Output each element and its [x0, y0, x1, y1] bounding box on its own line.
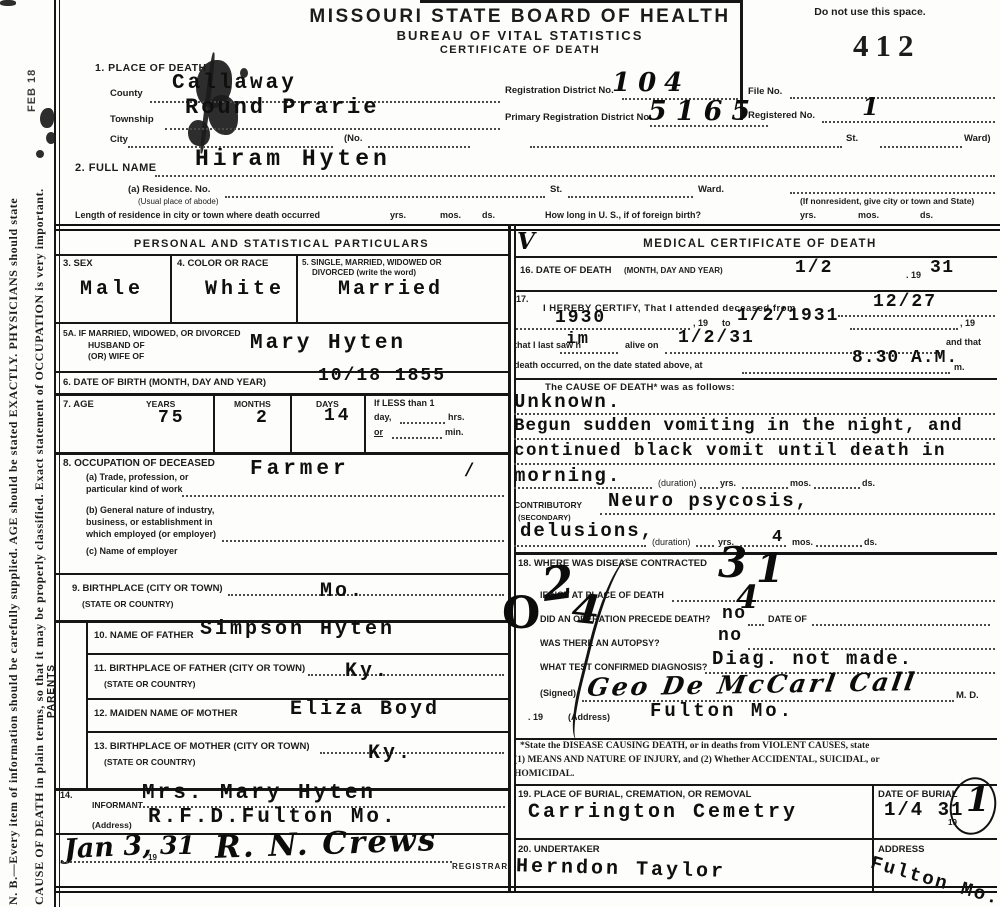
- duration-yrs-label: yrs.: [720, 478, 736, 488]
- city-no-label: (No.: [344, 133, 362, 144]
- row-border: [55, 254, 508, 256]
- column-divider2: [514, 224, 516, 891]
- ink-blot: [36, 150, 44, 158]
- and-that-label: and that: [946, 337, 981, 347]
- dotted-line: [790, 192, 995, 194]
- cell-border: [213, 393, 215, 452]
- footnote-line3: HOMICIDAL.: [514, 769, 574, 779]
- occupation-b2-label: business, or establishment in: [86, 517, 213, 527]
- color-race-value: White: [205, 278, 285, 301]
- duration-ds-label2: ds.: [864, 537, 877, 547]
- dotted-line: [225, 196, 545, 198]
- registrar-signature: R. N. Crews: [214, 822, 437, 866]
- dotted-line: [514, 438, 995, 440]
- contributory-label: CONTRIBUTORY: [514, 500, 582, 510]
- cell-border: [872, 784, 874, 838]
- dotted-line: [222, 540, 504, 542]
- township-label: Township: [110, 114, 154, 125]
- age-less-hrs-label: hrs.: [448, 412, 465, 422]
- md-label: M. D.: [956, 690, 979, 701]
- undertaker-value: Herndon Taylor: [516, 855, 727, 883]
- age-less-min-label: min.: [445, 427, 464, 437]
- ds-label: ds.: [482, 210, 495, 220]
- circled-number-value: 1: [966, 780, 990, 820]
- test-confirmed-value: Diag. not made.: [712, 648, 913, 670]
- bottom-rule: [55, 886, 997, 893]
- mother-label: 12. MAIDEN NAME OF MOTHER: [94, 708, 238, 719]
- father-birthplace-value: Ky.: [345, 660, 390, 683]
- spouse-label2: HUSBAND OF: [88, 340, 145, 350]
- handwritten-scrawl: O: [502, 588, 540, 639]
- pen-stroke: [566, 554, 647, 745]
- row-border: [514, 256, 997, 258]
- column-divider: [508, 224, 511, 891]
- dotted-line: [700, 487, 718, 489]
- cell-border: [296, 254, 298, 322]
- dotted-line: [514, 545, 646, 547]
- yrs-label: yrs.: [390, 210, 406, 220]
- how-long-us-label: How long in U. S., if of foreign birth?: [545, 210, 701, 220]
- father-birthplace-label: 11. BIRTHPLACE OF FATHER (CITY OR TOWN): [94, 663, 305, 674]
- dotted-line: [514, 487, 652, 489]
- full-name-value: Hiram Hyten: [195, 146, 391, 172]
- dob-value: 10/18 1855: [318, 366, 446, 386]
- dotted-line: [392, 437, 442, 439]
- dotted-line: [650, 125, 768, 127]
- occupation-b3-label: which employed (or employer): [86, 529, 216, 539]
- informant-address-label: (Address): [92, 820, 132, 830]
- mother-birthplace-label2: (STATE OR COUNTRY): [104, 757, 195, 767]
- occupation-label: 8. OCCUPATION OF DECEASED: [63, 458, 215, 469]
- autopsy-value: no: [718, 626, 743, 646]
- row-border: [55, 452, 508, 455]
- footnote-line1: *State the DISEASE CAUSING DEATH, or in …: [520, 741, 869, 751]
- date-of-operation-label: DATE OF: [768, 614, 807, 624]
- dotted-line: [228, 594, 504, 596]
- row-border: [55, 393, 508, 396]
- cell-border: [170, 254, 172, 322]
- dotted-line: [814, 487, 860, 489]
- duration-label: (duration): [658, 478, 697, 488]
- age-days-value: 14: [324, 406, 352, 426]
- primary-district-label: Primary Registration District No.: [505, 112, 652, 123]
- row-border: [514, 784, 997, 786]
- him-value: im: [566, 330, 589, 349]
- marital-label1: 5. SINGLE, MARRIED, WIDOWED OR: [302, 258, 442, 267]
- row-border: [86, 731, 508, 733]
- age-less-or-label: or: [374, 427, 383, 437]
- occupation-c-label: (c) Name of employer: [86, 546, 178, 556]
- birthplace-label: 9. BIRTHPLACE (CITY OR TOWN): [72, 583, 223, 594]
- father-birthplace-label2: (STATE OR COUNTRY): [104, 679, 195, 689]
- row-border: [514, 378, 997, 380]
- registration-district-label: Registration District No.: [505, 85, 614, 96]
- date-of-death-year: 31: [930, 258, 955, 278]
- dotted-line: [838, 315, 995, 317]
- color-race-label: 4. COLOR OR RACE: [177, 258, 268, 269]
- mother-value: Eliza Boyd: [290, 698, 440, 721]
- yrs-label2: yrs.: [800, 210, 816, 220]
- residence-st-label: St.: [550, 184, 562, 195]
- dotted-line: [822, 121, 995, 123]
- registration-district-value: 104: [612, 68, 690, 98]
- dotted-line: [696, 545, 714, 547]
- signed-19-label: . 19: [528, 712, 543, 722]
- cell-border: [290, 393, 292, 452]
- cell-border: [364, 393, 366, 452]
- informant-value: Mrs. Mary Hyten: [142, 782, 376, 805]
- spouse-label1: 5A. IF MARRIED, WIDOWED, OR DIVORCED: [63, 328, 241, 338]
- corner-box-note: Do not use this space.: [750, 6, 990, 18]
- dotted-line: [568, 196, 693, 198]
- dotted-line: [516, 328, 690, 330]
- ink-blot: [0, 0, 16, 6]
- alive-on-value: 1/2/31: [678, 328, 755, 348]
- occupation-a2-label: particular kind of work: [86, 484, 183, 494]
- contributory-value1: Neuro psycosis,: [608, 490, 809, 512]
- undertaker-address-label: ADDRESS: [878, 844, 924, 855]
- city-st-label: St.: [846, 133, 858, 144]
- date-of-death-label2: (MONTH, DAY AND YEAR): [624, 266, 723, 275]
- residence-ward-label: Ward.: [698, 184, 724, 195]
- dotted-line: [560, 352, 618, 354]
- mother-birthplace-label: 13. BIRTHPLACE OF MOTHER (CITY OR TOWN): [94, 741, 310, 752]
- dotted-line: [742, 372, 950, 374]
- margin-note-line2: CAUSE OF DEATH in plain terms, so that i…: [32, 188, 47, 905]
- occupation-a1-label: (a) Trade, profession, or: [86, 472, 189, 482]
- parents-cell-border: [86, 620, 88, 788]
- m-label: m.: [954, 362, 965, 372]
- handwritten-scrawl: 1: [756, 545, 784, 592]
- abode-note: (Usual place of abode): [138, 197, 219, 206]
- dotted-line: [600, 513, 995, 515]
- personal-title: PERSONAL AND STATISTICAL PARTICULARS: [55, 238, 508, 250]
- date-of-death-value: 1/2: [795, 258, 833, 278]
- dotted-line: [742, 487, 788, 489]
- row-border: [514, 738, 997, 740]
- dotted-line: [308, 674, 504, 676]
- marital-value: Married: [338, 278, 443, 301]
- age-years-value: 75: [158, 408, 186, 428]
- father-label: 10. NAME OF FATHER: [94, 630, 194, 641]
- duration-mos-label: mos.: [790, 478, 811, 488]
- form-title: MISSOURI STATE BOARD OF HEALTH: [290, 6, 750, 28]
- spouse-label3: (OR) WIFE OF: [88, 351, 144, 361]
- physician-signature: Geo De McCarl Call: [585, 667, 919, 702]
- dotted-line: [165, 128, 500, 130]
- birthplace-label2: (STATE OR COUNTRY): [82, 599, 173, 609]
- duration-label2: (duration): [652, 537, 691, 547]
- form-subtitle-bureau: BUREAU OF VITAL STATISTICS: [290, 28, 750, 43]
- dob-label: 6. DATE OF BIRTH (MONTH, DAY AND YEAR): [63, 377, 266, 388]
- date-of-death-19: . 19: [906, 270, 921, 280]
- row-border: [55, 322, 508, 324]
- primary-district-value: 5165: [648, 96, 759, 127]
- received-stamp: FEB 18: [26, 69, 38, 112]
- place-of-burial-value: Carrington Cemetry: [528, 801, 798, 824]
- dotted-line: [672, 600, 995, 602]
- mother-birthplace-value: Ky.: [368, 742, 413, 765]
- attended-to-value: 1/2/1931: [737, 306, 839, 326]
- cause-line1: Unknown.: [514, 391, 621, 413]
- medical-title: MEDICAL CERTIFICATE OF DEATH: [540, 238, 980, 250]
- birthplace-value: Mo.: [320, 580, 365, 603]
- stray-pen-mark: /: [466, 460, 472, 480]
- footnote-line2: (1) MEANS AND NATURE OF INJURY, and (2) …: [514, 755, 880, 765]
- dotted-line: [816, 545, 862, 547]
- occupation-value: Farmer: [250, 458, 350, 481]
- sex-value: Male: [80, 278, 144, 301]
- dotted-line: [880, 146, 962, 148]
- attended-from-value: 12/27: [873, 292, 937, 312]
- filed-date-handwritten: Jan 3,: [63, 830, 152, 866]
- time-of-death-value: 8.30 A.M.: [852, 348, 958, 368]
- certify-19a: , 19: [693, 318, 708, 328]
- county-value: Callaway: [172, 72, 297, 95]
- certify-19b: , 19: [960, 318, 975, 328]
- marital-label2: DIVORCED (write the word): [312, 268, 416, 277]
- undertaker-label: 20. UNDERTAKER: [518, 844, 600, 855]
- death-occurred-label: death occurred, on the date stated above…: [514, 360, 703, 370]
- contributory-value2: delusions,: [520, 520, 654, 542]
- cause-line2: Begun sudden vomiting in the night, and: [514, 416, 963, 436]
- age-months-value: 2: [256, 408, 268, 428]
- dotted-line: [182, 495, 504, 497]
- dotted-line: [155, 175, 995, 177]
- informant-number: 14.: [60, 790, 73, 800]
- father-value: Simpson Hyten: [200, 618, 395, 641]
- margin-note-line1: N. B.—Every item of information should b…: [6, 198, 21, 905]
- informant-label: INFORMANT: [92, 800, 143, 810]
- age-label: 7. AGE: [63, 399, 94, 410]
- full-name-label: 2. FULL NAME: [75, 162, 157, 174]
- age-less-day-label: day,: [374, 412, 391, 422]
- township-value: Round Prarie: [185, 95, 379, 120]
- city-ward-label: Ward): [964, 133, 991, 144]
- county-label: County: [110, 88, 143, 99]
- dotted-line: [790, 97, 995, 99]
- length-residence-label: Length of residence in city or town wher…: [75, 210, 320, 220]
- undertaker-address-value: Fulton Mo.: [868, 852, 1000, 907]
- cause-line4: morning.: [514, 465, 621, 487]
- check-mark: V: [517, 228, 535, 255]
- registrar-label: REGISTRAR: [452, 862, 508, 871]
- certify-number: 17.: [516, 294, 529, 304]
- dotted-line: [62, 861, 452, 863]
- physician-address-value: Fulton Mo.: [650, 700, 794, 722]
- mos-label2: mos.: [858, 210, 879, 220]
- age-less-label: If LESS than 1: [374, 398, 435, 408]
- sex-label: 3. SEX: [63, 258, 93, 269]
- nonresident-note: (If nonresident, give city or town and S…: [800, 196, 974, 206]
- cause-line3: continued black vomit until death in: [514, 441, 946, 461]
- row-border: [55, 573, 508, 575]
- form-subtitle-certificate: CERTIFICATE OF DEATH: [290, 44, 750, 56]
- spouse-value: Mary Hyten: [250, 332, 406, 355]
- ink-blot: [46, 132, 56, 144]
- attended-from-year: 1930: [555, 308, 606, 328]
- dotted-line: [748, 624, 764, 626]
- mos-label: mos.: [440, 210, 461, 220]
- duration-mos-label2: mos.: [792, 537, 813, 547]
- row-border: [514, 838, 997, 840]
- signed-label: (Signed): [540, 688, 576, 698]
- place-of-burial-label: 19. PLACE OF BURIAL, CREMATION, OR REMOV…: [518, 789, 751, 800]
- top-border-line: [420, 0, 742, 3]
- filed-year-handwritten: 31: [160, 831, 195, 860]
- dotted-line: [812, 624, 990, 626]
- file-number-value: 412: [853, 28, 921, 64]
- date-of-death-label: 16. DATE OF DEATH: [520, 265, 612, 276]
- duration-ds-label: ds.: [862, 478, 875, 488]
- dotted-line: [514, 413, 995, 415]
- row-border: [86, 653, 508, 655]
- occupation-b1-label: (b) General nature of industry,: [86, 505, 214, 515]
- city-label: City: [110, 134, 128, 145]
- to-label: to: [722, 318, 731, 328]
- ds-label2: ds.: [920, 210, 933, 220]
- registered-no-value: 1: [862, 92, 879, 121]
- residence-label: (a) Residence. No.: [128, 184, 210, 195]
- death-certificate-scan: N. B.—Every item of information should b…: [0, 0, 1000, 907]
- dotted-line: [850, 328, 958, 330]
- alive-on-label: alive on: [625, 340, 659, 350]
- dotted-line: [400, 422, 445, 424]
- dotted-line: [530, 146, 842, 148]
- ink-blot: [40, 108, 54, 128]
- parents-vertical-label: PARENTS: [46, 664, 57, 718]
- handwritten-scrawl: 4: [736, 578, 758, 616]
